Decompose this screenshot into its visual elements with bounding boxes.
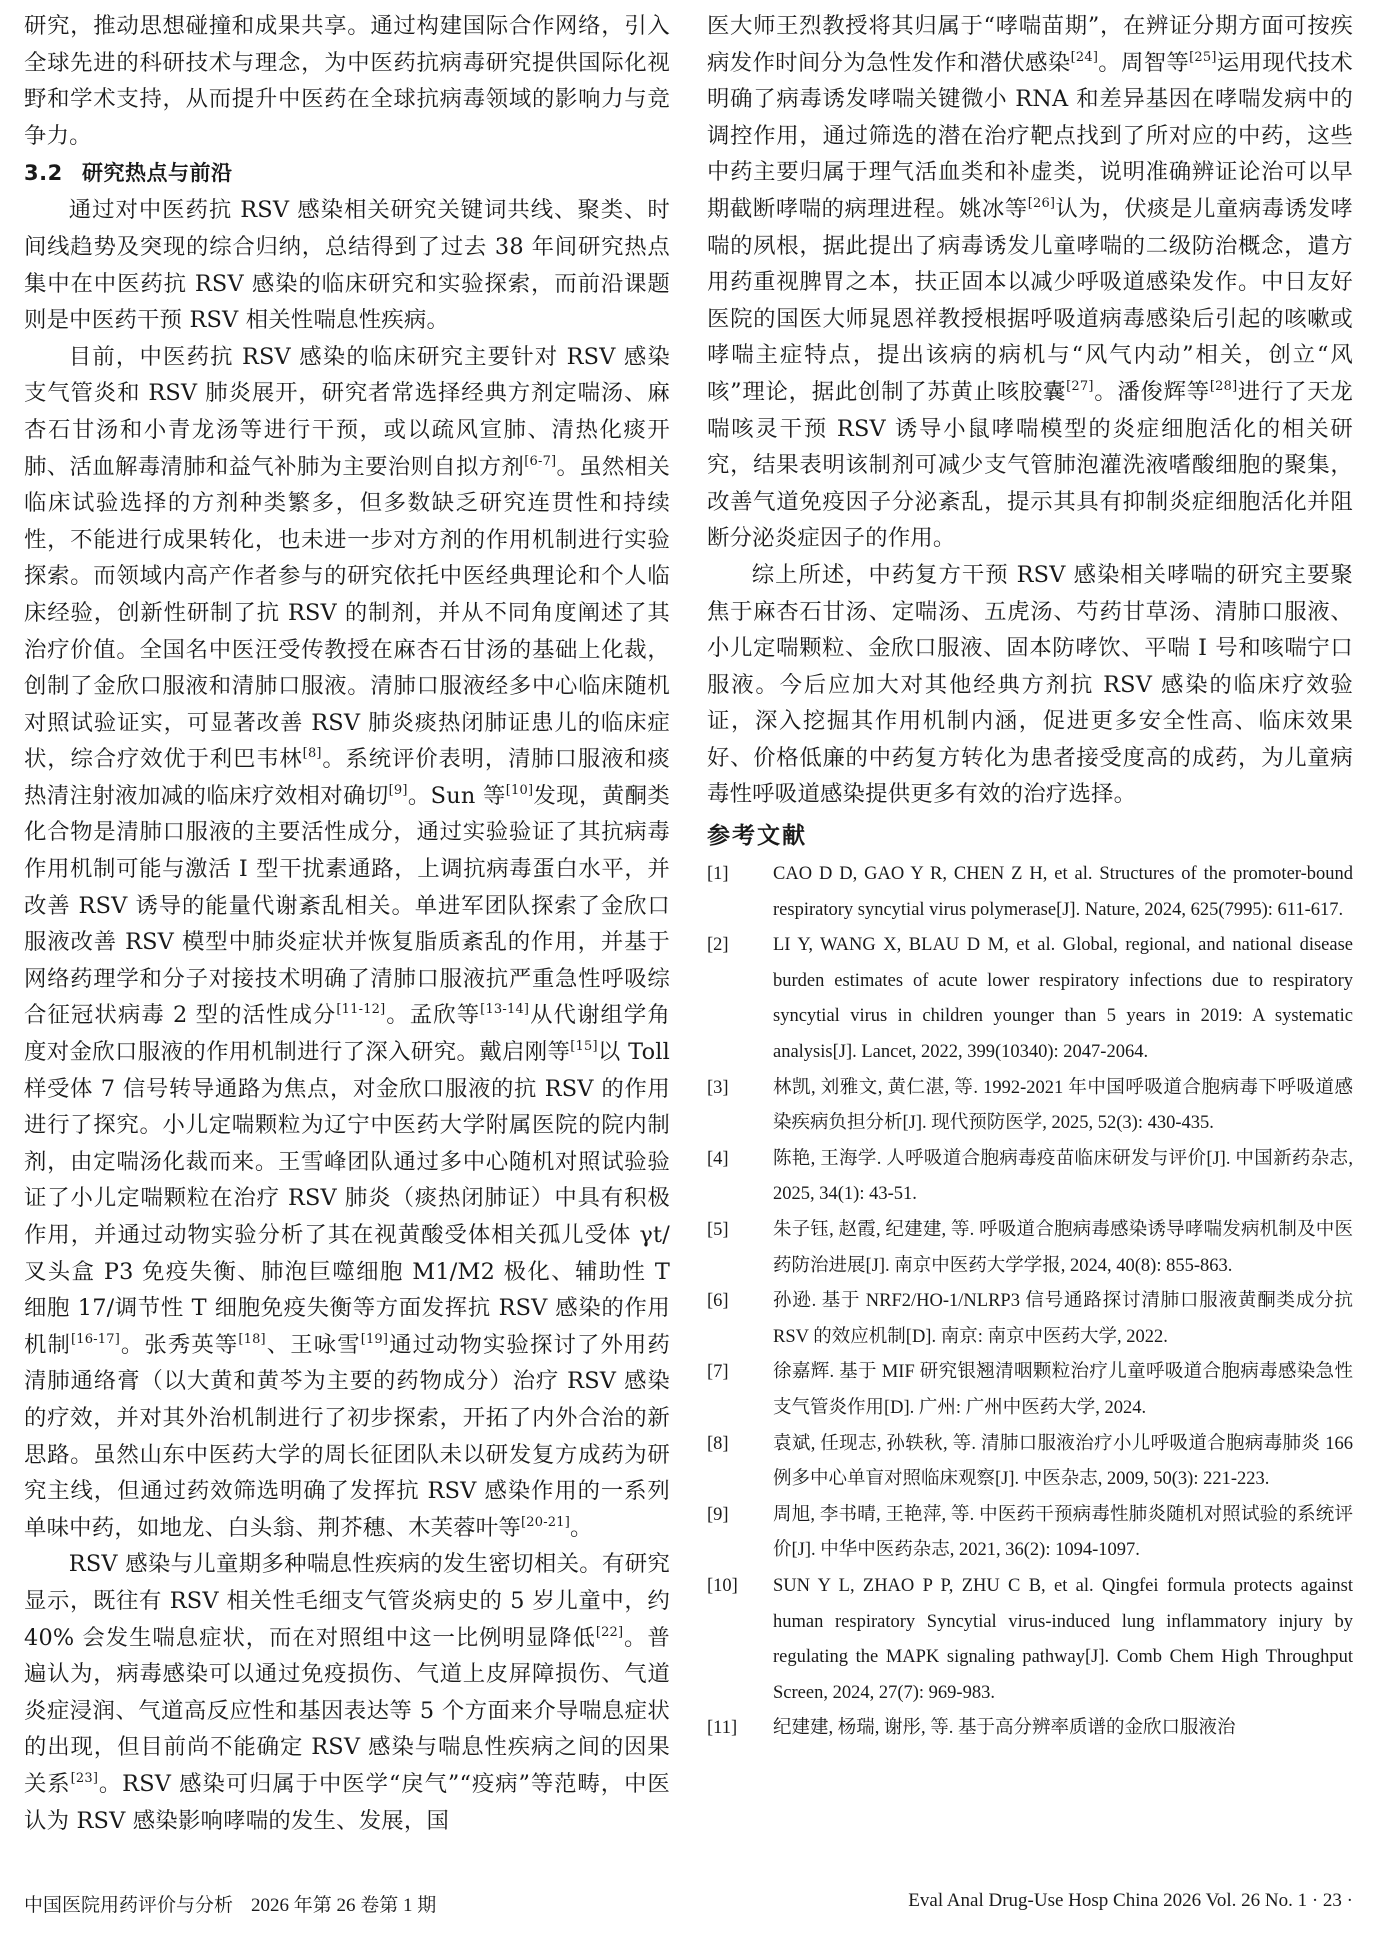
reference-list: [1]CAO D D, GAO Y R, CHEN Z H, et al. St…: [707, 857, 1353, 1747]
reference-number: [3]: [707, 1071, 767, 1107]
issue-info-cn: 2026 年第 26 卷第 1 期: [251, 1895, 436, 1916]
reference-text: 孙逊. 基于 NRF2/HO-1/NLRP3 信号通路探讨清肺口服液黄酮类成分抗…: [773, 1291, 1353, 1347]
journal-name-en: Eval Anal Drug-Use Hosp China 2026 Vol. …: [908, 1890, 1307, 1911]
reference-text: 徐嘉辉. 基于 MIF 研究银翘清咽颗粒治疗儿童呼吸道合胞病毒感染急性支气管炎作…: [773, 1362, 1353, 1418]
reference-number: [5]: [707, 1213, 767, 1249]
page-number: · 23 ·: [1312, 1890, 1353, 1911]
citation: [27]: [1066, 379, 1094, 394]
paragraph-hotspots: 通过对中医药抗 RSV 感染相关研究关键词共线、聚类、时间线趋势及突现的综合归纳…: [24, 192, 670, 338]
paragraph-wheezing: RSV 感染与儿童期多种喘息性疾病的发生密切相关。有研究显示，既往有 RSV 相…: [24, 1546, 670, 1839]
paragraph-intro-continued: 研究，推动思想碰撞和成果共享。通过构建国际合作网络，引入全球先进的科研技术与理念…: [24, 8, 670, 154]
reference-text: 陈艳, 王海学. 人呼吸道合胞病毒疫苗临床研发与评价[J]. 中国新药杂志, 2…: [773, 1149, 1353, 1205]
citation: [11-12]: [336, 1002, 385, 1017]
citation: [25]: [1189, 50, 1217, 65]
reference-text: 周旭, 李书晴, 王艳萍, 等. 中医药干预病毒性肺炎随机对照试验的系统评价[J…: [773, 1505, 1353, 1561]
citation: [8]: [303, 746, 322, 761]
citation: [15]: [570, 1039, 598, 1054]
reference-item: [3]林凯, 刘雅文, 黄仁湛, 等. 1992-2021 年中国呼吸道合胞病毒…: [707, 1071, 1353, 1142]
citation: [24]: [1071, 50, 1099, 65]
reference-number: [6]: [707, 1284, 767, 1320]
reference-number: [2]: [707, 928, 767, 964]
paragraph-clinical-research: 目前，中医药抗 RSV 感染的临床研究主要针对 RSV 感染支气管炎和 RSV …: [24, 339, 670, 1547]
citation: [26]: [1028, 196, 1056, 211]
footer-journal-info-en: Eval Anal Drug-Use Hosp China 2026 Vol. …: [908, 1890, 1353, 1912]
reference-item: [11]纪建建, 杨瑞, 谢彤, 等. 基于高分辨率质谱的金欣口服液治: [707, 1711, 1353, 1747]
reference-text: 纪建建, 杨瑞, 谢彤, 等. 基于高分辨率质谱的金欣口服液治: [773, 1718, 1236, 1738]
reference-text: SUN Y L, ZHAO P P, ZHU C B, et al. Qingf…: [773, 1576, 1353, 1703]
reference-text: 林凯, 刘雅文, 黄仁湛, 等. 1992-2021 年中国呼吸道合胞病毒下呼吸…: [773, 1078, 1353, 1134]
citation: [9]: [389, 783, 408, 798]
citation: [6-7]: [524, 454, 556, 469]
references-heading: 参考文献: [707, 817, 1353, 855]
reference-number: [9]: [707, 1498, 767, 1534]
paragraph-tcm-asthma-continued: 医大师王烈教授将其归属于“哮喘苗期”，在辨证分期方面可按疾病发作时间分为急性发作…: [707, 8, 1353, 557]
reference-text: CAO D D, GAO Y R, CHEN Z H, et al. Struc…: [773, 864, 1353, 920]
reference-text: 朱子钰, 赵霞, 纪建建, 等. 呼吸道合胞病毒感染诱导哮喘发病机制及中医药防治…: [773, 1220, 1353, 1276]
journal-name-cn: 中国医院用药评价与分析: [24, 1895, 233, 1916]
reference-number: [4]: [707, 1142, 767, 1178]
reference-item: [10]SUN Y L, ZHAO P P, ZHU C B, et al. Q…: [707, 1569, 1353, 1711]
reference-number: [1]: [707, 857, 767, 893]
section-number: 3.2: [24, 154, 82, 192]
citation: [23]: [71, 1771, 99, 1786]
citation: [13-14]: [480, 1002, 529, 1017]
reference-item: [4]陈艳, 王海学. 人呼吸道合胞病毒疫苗临床研发与评价[J]. 中国新药杂志…: [707, 1142, 1353, 1213]
reference-number: [7]: [707, 1355, 767, 1391]
citation: [16-17]: [71, 1332, 120, 1347]
citation: [10]: [506, 783, 534, 798]
citation: [18]: [238, 1332, 266, 1347]
citation: [28]: [1210, 379, 1238, 394]
reference-item: [1]CAO D D, GAO Y R, CHEN Z H, et al. St…: [707, 857, 1353, 928]
reference-number: [10]: [707, 1569, 767, 1605]
reference-item: [9]周旭, 李书晴, 王艳萍, 等. 中医药干预病毒性肺炎随机对照试验的系统评…: [707, 1498, 1353, 1569]
citation: [22]: [596, 1625, 624, 1640]
reference-item: [6]孙逊. 基于 NRF2/HO-1/NLRP3 信号通路探讨清肺口服液黄酮类…: [707, 1284, 1353, 1355]
reference-item: [7]徐嘉辉. 基于 MIF 研究银翘清咽颗粒治疗儿童呼吸道合胞病毒感染急性支气…: [707, 1355, 1353, 1426]
paragraph-summary: 综上所述，中药复方干预 RSV 感染相关哮喘的研究主要聚焦于麻杏石甘汤、定喘汤、…: [707, 557, 1353, 813]
right-column: 医大师王烈教授将其归属于“哮喘苗期”，在辨证分期方面可按疾病发作时间分为急性发作…: [707, 8, 1353, 1747]
reference-text: 袁斌, 任现志, 孙轶秋, 等. 清肺口服液治疗小儿呼吸道合胞病毒肺炎 166 …: [773, 1434, 1353, 1490]
section-heading: 3.2研究热点与前沿: [24, 154, 670, 192]
citation: [20-21]: [521, 1515, 570, 1530]
reference-item: [8]袁斌, 任现志, 孙轶秋, 等. 清肺口服液治疗小儿呼吸道合胞病毒肺炎 1…: [707, 1427, 1353, 1498]
left-column: 研究，推动思想碰撞和成果共享。通过构建国际合作网络，引入全球先进的科研技术与理念…: [24, 8, 670, 1839]
reference-number: [8]: [707, 1427, 767, 1463]
reference-text: LI Y, WANG X, BLAU D M, et al. Global, r…: [773, 935, 1353, 1062]
section-title: 研究热点与前沿: [82, 161, 233, 185]
reference-item: [5]朱子钰, 赵霞, 纪建建, 等. 呼吸道合胞病毒感染诱导哮喘发病机制及中医…: [707, 1213, 1353, 1284]
citation: [19]: [361, 1332, 389, 1347]
reference-number: [11]: [707, 1711, 767, 1747]
reference-item: [2]LI Y, WANG X, BLAU D M, et al. Global…: [707, 928, 1353, 1070]
footer-journal-info: 中国医院用药评价与分析2026 年第 26 卷第 1 期: [24, 1890, 436, 1917]
